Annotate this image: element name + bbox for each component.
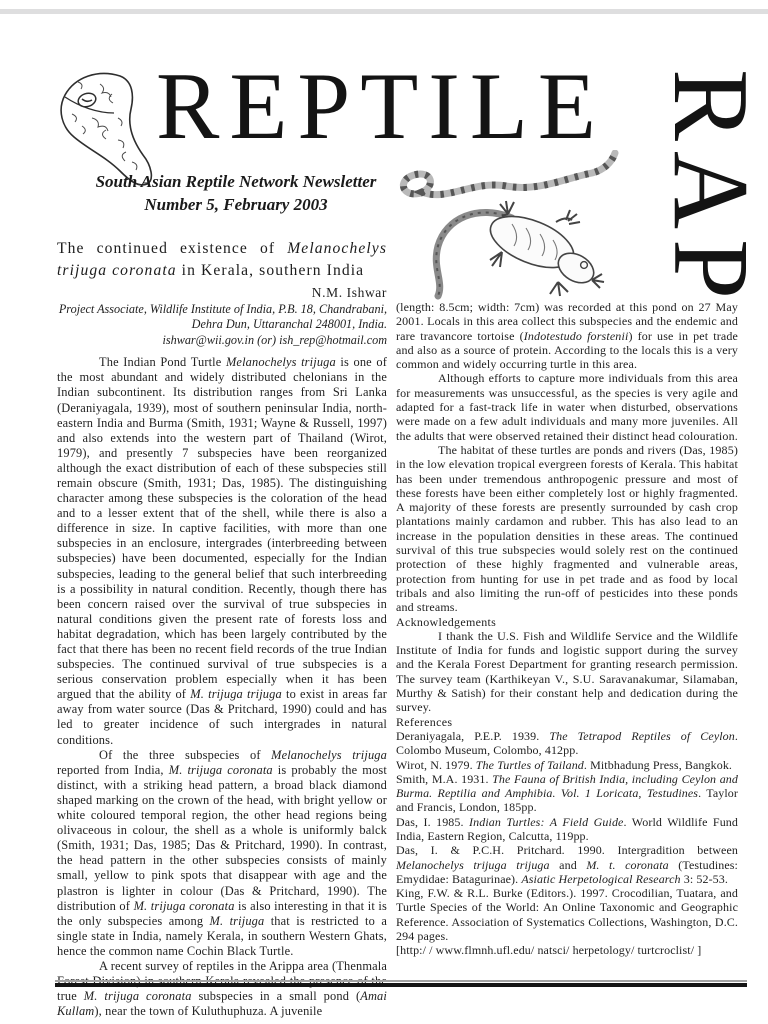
reference-item: Smith, M.A. 1931. The Fauna of British I… bbox=[396, 772, 738, 815]
article-title-line1: The continued existence of Melanochelys bbox=[57, 238, 387, 260]
right-column: (length: 8.5cm; width: 7cm) was recorded… bbox=[396, 300, 738, 958]
reference-item: King, F.W. & R.L. Burke (Editors.). 1997… bbox=[396, 886, 738, 943]
scan-artifact-band bbox=[0, 9, 768, 14]
reference-item: Deraniyagala, P.E.P. 1939. The Tetrapod … bbox=[396, 729, 738, 758]
affiliation-line-1: Project Associate, Wildlife Institute of… bbox=[57, 302, 387, 317]
left-column: The continued existence of Melanochelys … bbox=[57, 238, 387, 1019]
reference-item: Wirot, N. 1979. The Turtles of Tailand. … bbox=[396, 758, 738, 772]
masthead-side-title-text: RAP bbox=[656, 69, 764, 309]
body-paragraph: Of the three subspecies of Melanochelys … bbox=[57, 748, 387, 959]
acknowledgements-paragraph: I thank the U.S. Fish and Wildlife Servi… bbox=[396, 629, 738, 715]
affiliation-line-2: Dehra Dun, Uttaranchal 248001, India. bbox=[57, 317, 387, 332]
subtitle-line1: South Asian Reptile Network Newsletter bbox=[55, 170, 417, 193]
footer-rule-black bbox=[55, 983, 747, 987]
body-paragraph: Although efforts to capture more individ… bbox=[396, 371, 738, 442]
body-paragraph: (length: 8.5cm; width: 7cm) was recorded… bbox=[396, 300, 738, 371]
reference-item: Das, I. & P.C.H. Pritchard. 1990. Interg… bbox=[396, 843, 738, 886]
affiliation-email: ishwar@wii.gov.in (or) ish_rep@hotmail.c… bbox=[57, 333, 387, 348]
acknowledgements-heading: Acknowledgements bbox=[396, 615, 738, 629]
masthead-side-title: RAP bbox=[658, 50, 762, 328]
footer-rule bbox=[55, 980, 747, 987]
masthead-title: REPTILE bbox=[156, 56, 606, 156]
article-title-line2: trijuga coronata in Kerala, southern Ind… bbox=[57, 260, 387, 282]
references-heading: References bbox=[396, 715, 738, 729]
newsletter-page: REPTILE RAP South Asian Reptile Network … bbox=[0, 0, 768, 1024]
footer-rule-gray bbox=[55, 980, 747, 982]
masthead-subtitle: South Asian Reptile Network Newsletter N… bbox=[55, 170, 417, 216]
article-author: N.M. Ishwar bbox=[57, 284, 387, 302]
subtitle-line2: Number 5, February 2003 bbox=[55, 193, 417, 216]
body-paragraph: The habitat of these turtles are ponds a… bbox=[396, 443, 738, 615]
gecko-illustration bbox=[416, 188, 618, 306]
reference-item: Das, I. 1985. Indian Turtles: A Field Gu… bbox=[396, 815, 738, 844]
body-paragraph: The Indian Pond Turtle Melanochelys trij… bbox=[57, 355, 387, 747]
body-paragraph: A recent survey of reptiles in the Aripp… bbox=[57, 959, 387, 1019]
reference-url: [http:/ / www.flmnh.ufl.edu/ natsci/ her… bbox=[396, 943, 738, 957]
